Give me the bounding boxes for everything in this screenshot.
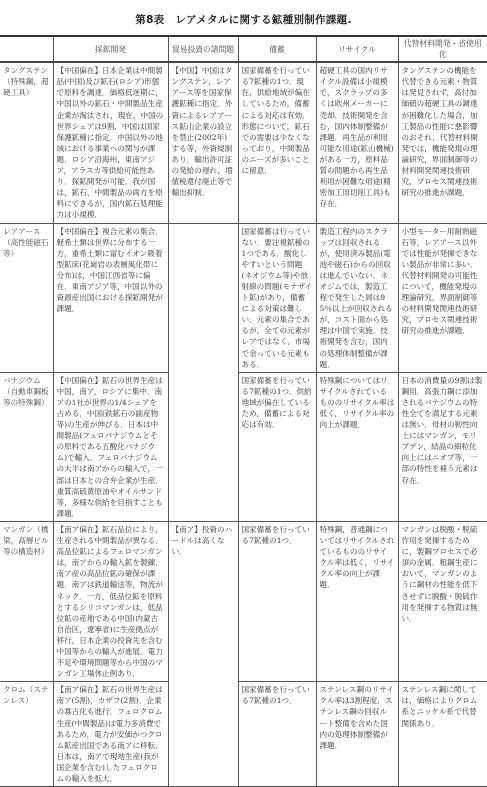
mining-cell: 【中国偏在】鉱石の世界生産は中国，南ア，ロシアに集中．南アの1社が世界の1/4シ… (53, 372, 168, 521)
substitute-cell: 小型モーター用耐熱磁石等，レアアース以外では性能が発揮できない製品が非常に多い．… (398, 223, 487, 372)
metal-cell: レアアース（高性能磁石等） (0, 223, 53, 372)
mining-cell: 【南ア偏在】鉱石品位により，生産される中間製品が異なる．高品位鉱によるフェロマン… (53, 521, 168, 665)
header-row: 採鉱開発 貿易投資の諸問題 備蓄 リサイクル 代替材料開発・省使用化 (0, 36, 487, 62)
mining-cell: 【中国偏在】日本企業は中間製品(中国)及び鉱石(ロシア)形態で原料を調達．価格低… (53, 62, 168, 223)
table-row: マンガン（橋梁，高層ビル等の構造材） 【南ア偏在】鉱石品位により，生産される中間… (0, 521, 487, 665)
substitute-cell: マンガンは脱酸・脱硫作用を発揮するために，製鋼プロセスで必須の金属．粗鋼生産にお… (398, 521, 487, 665)
stockpile-cell: 国家備蓄は行っていない．要注視鉱種の1つである．酸化しやすいという問題(ネオジウ… (238, 223, 316, 372)
header-recycle: リサイクル (316, 36, 398, 62)
recycle-cell: 超硬工具の国内リサイクル設備は小規模で，スクラップの多くは欧州メーカーに売却．技… (316, 62, 398, 223)
metal-cell: タングステン（特殊鋼，超硬工具） (0, 62, 53, 223)
rare-metal-policy-table: 採鉱開発 貿易投資の諸問題 備蓄 リサイクル 代替材料開発・省使用化 タングステ… (0, 35, 487, 665)
header-metal (0, 36, 53, 62)
table-row: タングステン（特殊鋼，超硬工具） 【中国偏在】日本企業は中間製品(中国)及び鉱石… (0, 62, 487, 223)
metal-cell: バナジウム（自動車鋼板等の特殊鋼） (0, 372, 53, 521)
mining-cell: 【中国偏在】複合元素の集合．軽希土類は世界に分布する一方，重希土類に富むイオン吸… (53, 223, 168, 372)
stockpile-cell: 国家備蓄を行っている7鉱種の1つ．現在，供給地域が偏在しているため，備蓄による対… (238, 62, 316, 223)
recycle-cell: 特殊鋼についてはリサイクルされているもののリサイクル率は低く，リサイクル率の向上… (316, 372, 398, 521)
table-row: レアアース（高性能磁石等） 【中国偏在】複合元素の集合．軽希土類は世界に分布する… (0, 223, 487, 372)
header-substitute: 代替材料開発・省使用化 (398, 36, 487, 62)
header-trade: 貿易投資の諸問題 (168, 36, 238, 62)
trade-cell: 【中国】中国はタングステン，レアアース等を国家保護鉱種に指定．外資によるレアアー… (168, 62, 238, 223)
table-title: 第8表 レアメタルに関する鉱種別制作課題. (0, 12, 487, 27)
header-stockpile: 備蓄 (238, 36, 316, 62)
stockpile-cell: 国家備蓄を行っている7鉱種の1つ． (238, 521, 316, 665)
recycle-cell: 製造工程内のスクラップは回収されるが，使用済み製品(電池や磁石)からの回収は進ん… (316, 223, 398, 372)
metal-cell: マンガン（橋梁，高層ビル等の構造材） (0, 521, 53, 665)
recycle-cell: 特殊鋼，普通鋼についてはリサイクルされているもののリサイクル率は低く，リサイクル… (316, 521, 398, 665)
substitute-cell: タングステンの機能を代替できる元素・物質は発見されず，高付加価値の超硬工具の調達… (398, 62, 487, 223)
trade-cell: 【南ア】投資のハードルは高くない． (168, 521, 238, 665)
substitute-cell: 日本の消費量の9割は製鋼用．高張力鋼に添加されるバナジウムの特性全てを満足する元… (398, 372, 487, 521)
table-row: バナジウム（自動車鋼板等の特殊鋼） 【中国偏在】鉱石の世界生産は中国，南ア，ロシ… (0, 372, 487, 521)
header-mining: 採鉱開発 (53, 36, 168, 62)
trade-cell-empty (168, 223, 238, 521)
stockpile-cell: 国家備蓄を行っている7鉱種の1つ．供給地域が偏在しているため，備蓄による対応は有… (238, 372, 316, 521)
